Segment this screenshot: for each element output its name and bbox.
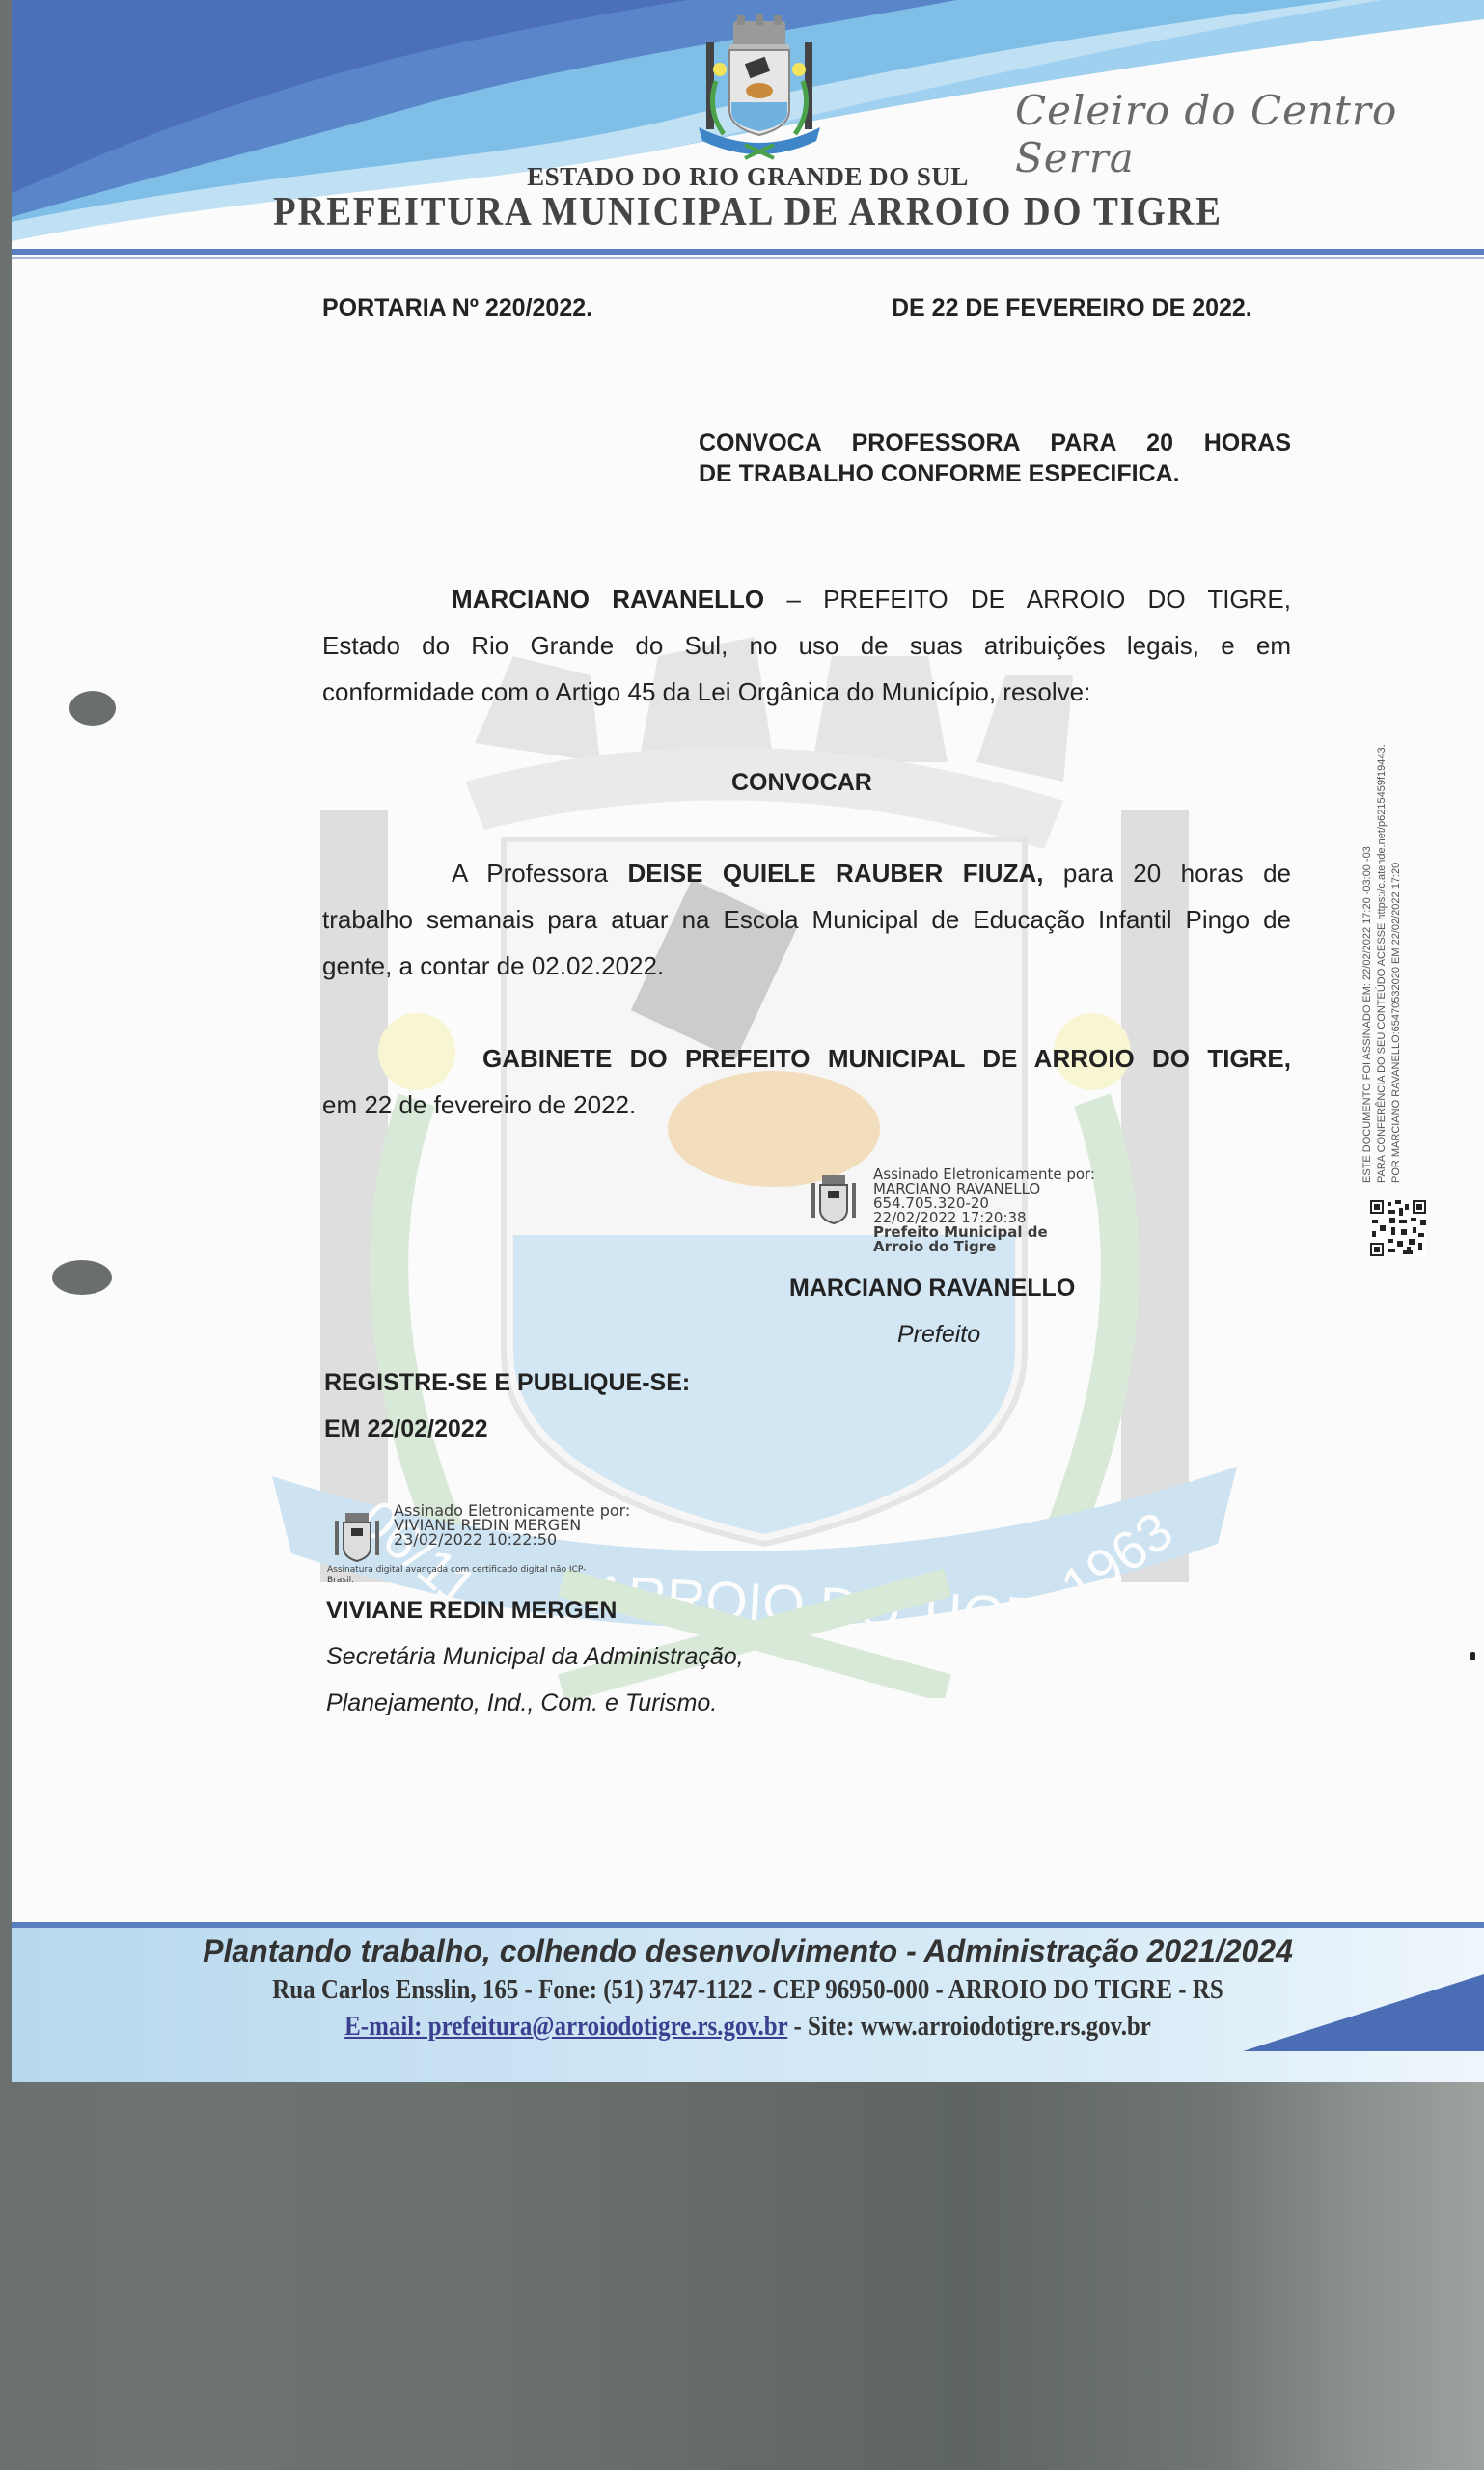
- footer-slogan: Plantando trabalho, colhendo desenvolvim…: [12, 1934, 1484, 1969]
- prefeitura-name: PREFEITURA MUNICIPAL DE ARROIO DO TIGRE: [70, 189, 1425, 235]
- secretary-signature-stamp: Assinado Eletronicamente por: VIVIANE RE…: [394, 1503, 630, 1547]
- teacher-name: DEISE QUIELE RAUBER FIUZA,: [627, 859, 1043, 888]
- register-line-2: EM 22/02/2022: [324, 1414, 488, 1443]
- qr-code-icon[interactable]: [1370, 1200, 1426, 1256]
- portaria-date: DE 22 DE FEVEREIRO DE 2022.: [892, 293, 1252, 322]
- article-line-2: trabalho semanais para atuar na Escola M…: [322, 905, 1291, 934]
- preamble-line-1: MARCIANO RAVANELLO – PREFEITO DE ARROIO …: [452, 585, 1291, 614]
- punch-hole: [69, 691, 116, 726]
- register-line-1: REGISTRE-SE E PUBLIQUE-SE:: [324, 1368, 690, 1397]
- mayor-title: Prefeito: [897, 1320, 980, 1349]
- signature-crest-icon: [332, 1511, 382, 1563]
- verification-text: ESTE DOCUMENTO FOI ASSINADO EM: 22/02/20…: [1360, 744, 1404, 1183]
- portaria-number: PORTARIA Nº 220/2022.: [322, 293, 592, 322]
- signature-note: Assinatura digital avançada com certific…: [327, 1565, 586, 1586]
- ementa-line-2: DE TRABALHO CONFORME ESPECIFICA.: [699, 459, 1180, 488]
- footer-contact: E-mail: prefeitura@arroiodotigre.rs.gov.…: [115, 2011, 1381, 2043]
- secretary-title-line-1: Secretária Municipal da Administração,: [326, 1642, 744, 1671]
- closing-line-2: em 22 de fevereiro de 2022.: [322, 1090, 636, 1119]
- footer-email-link[interactable]: E-mail: prefeitura@arroiodotigre.rs.gov.…: [344, 2011, 787, 2042]
- mayor-name-inline: MARCIANO RAVANELLO: [452, 585, 764, 614]
- secretary-title-line-2: Planejamento, Ind., Com. e Turismo.: [326, 1688, 717, 1717]
- signature-crest-icon: [809, 1173, 859, 1225]
- preamble-line-2: Estado do Rio Grande do Sul, no uso de s…: [322, 631, 1291, 660]
- preamble-line-3: conformidade com o Artigo 45 da Lei Orgâ…: [322, 677, 1090, 706]
- svg-text:1963: 1963: [1050, 1499, 1183, 1618]
- article-line-1: A Professora DEISE QUIELE RAUBER FIUZA, …: [452, 859, 1291, 888]
- footer-site: - Site: www.arroiodotigre.rs.gov.br: [787, 2011, 1151, 2042]
- article-line-3: gente, a contar de 02.02.2022.: [322, 951, 664, 980]
- header-rule: [12, 249, 1484, 255]
- action-convocar: CONVOCAR: [731, 768, 872, 797]
- municipal-crest-icon: [687, 14, 832, 160]
- state-name: ESTADO DO RIO GRANDE DO SUL: [12, 162, 1484, 192]
- scanner-edge: [0, 0, 12, 2082]
- closing-line-1: GABINETE DO PREFEITO MUNICIPAL DE ARROIO…: [482, 1044, 1291, 1073]
- document-page: Celeiro do Centro Serra ESTADO DO RIO GR…: [12, 0, 1484, 2082]
- ementa-line-1: CONVOCA PROFESSORA PARA 20 HORAS: [699, 428, 1291, 457]
- watermark-ribbon-text: ARROIO DO TIGRE: [591, 1563, 1082, 1649]
- secretary-name: VIVIANE REDIN MERGEN: [326, 1596, 617, 1625]
- footer-address: Rua Carlos Ensslin, 165 - Fone: (51) 374…: [115, 1974, 1381, 2006]
- header-rule-thin: [12, 257, 1484, 259]
- punch-hole: [52, 1260, 112, 1295]
- speck: [1470, 1652, 1475, 1660]
- mayor-name: MARCIANO RAVANELLO: [789, 1274, 1075, 1303]
- mayor-signature-stamp: Assinado Eletronicamente por: MARCIANO R…: [873, 1167, 1095, 1254]
